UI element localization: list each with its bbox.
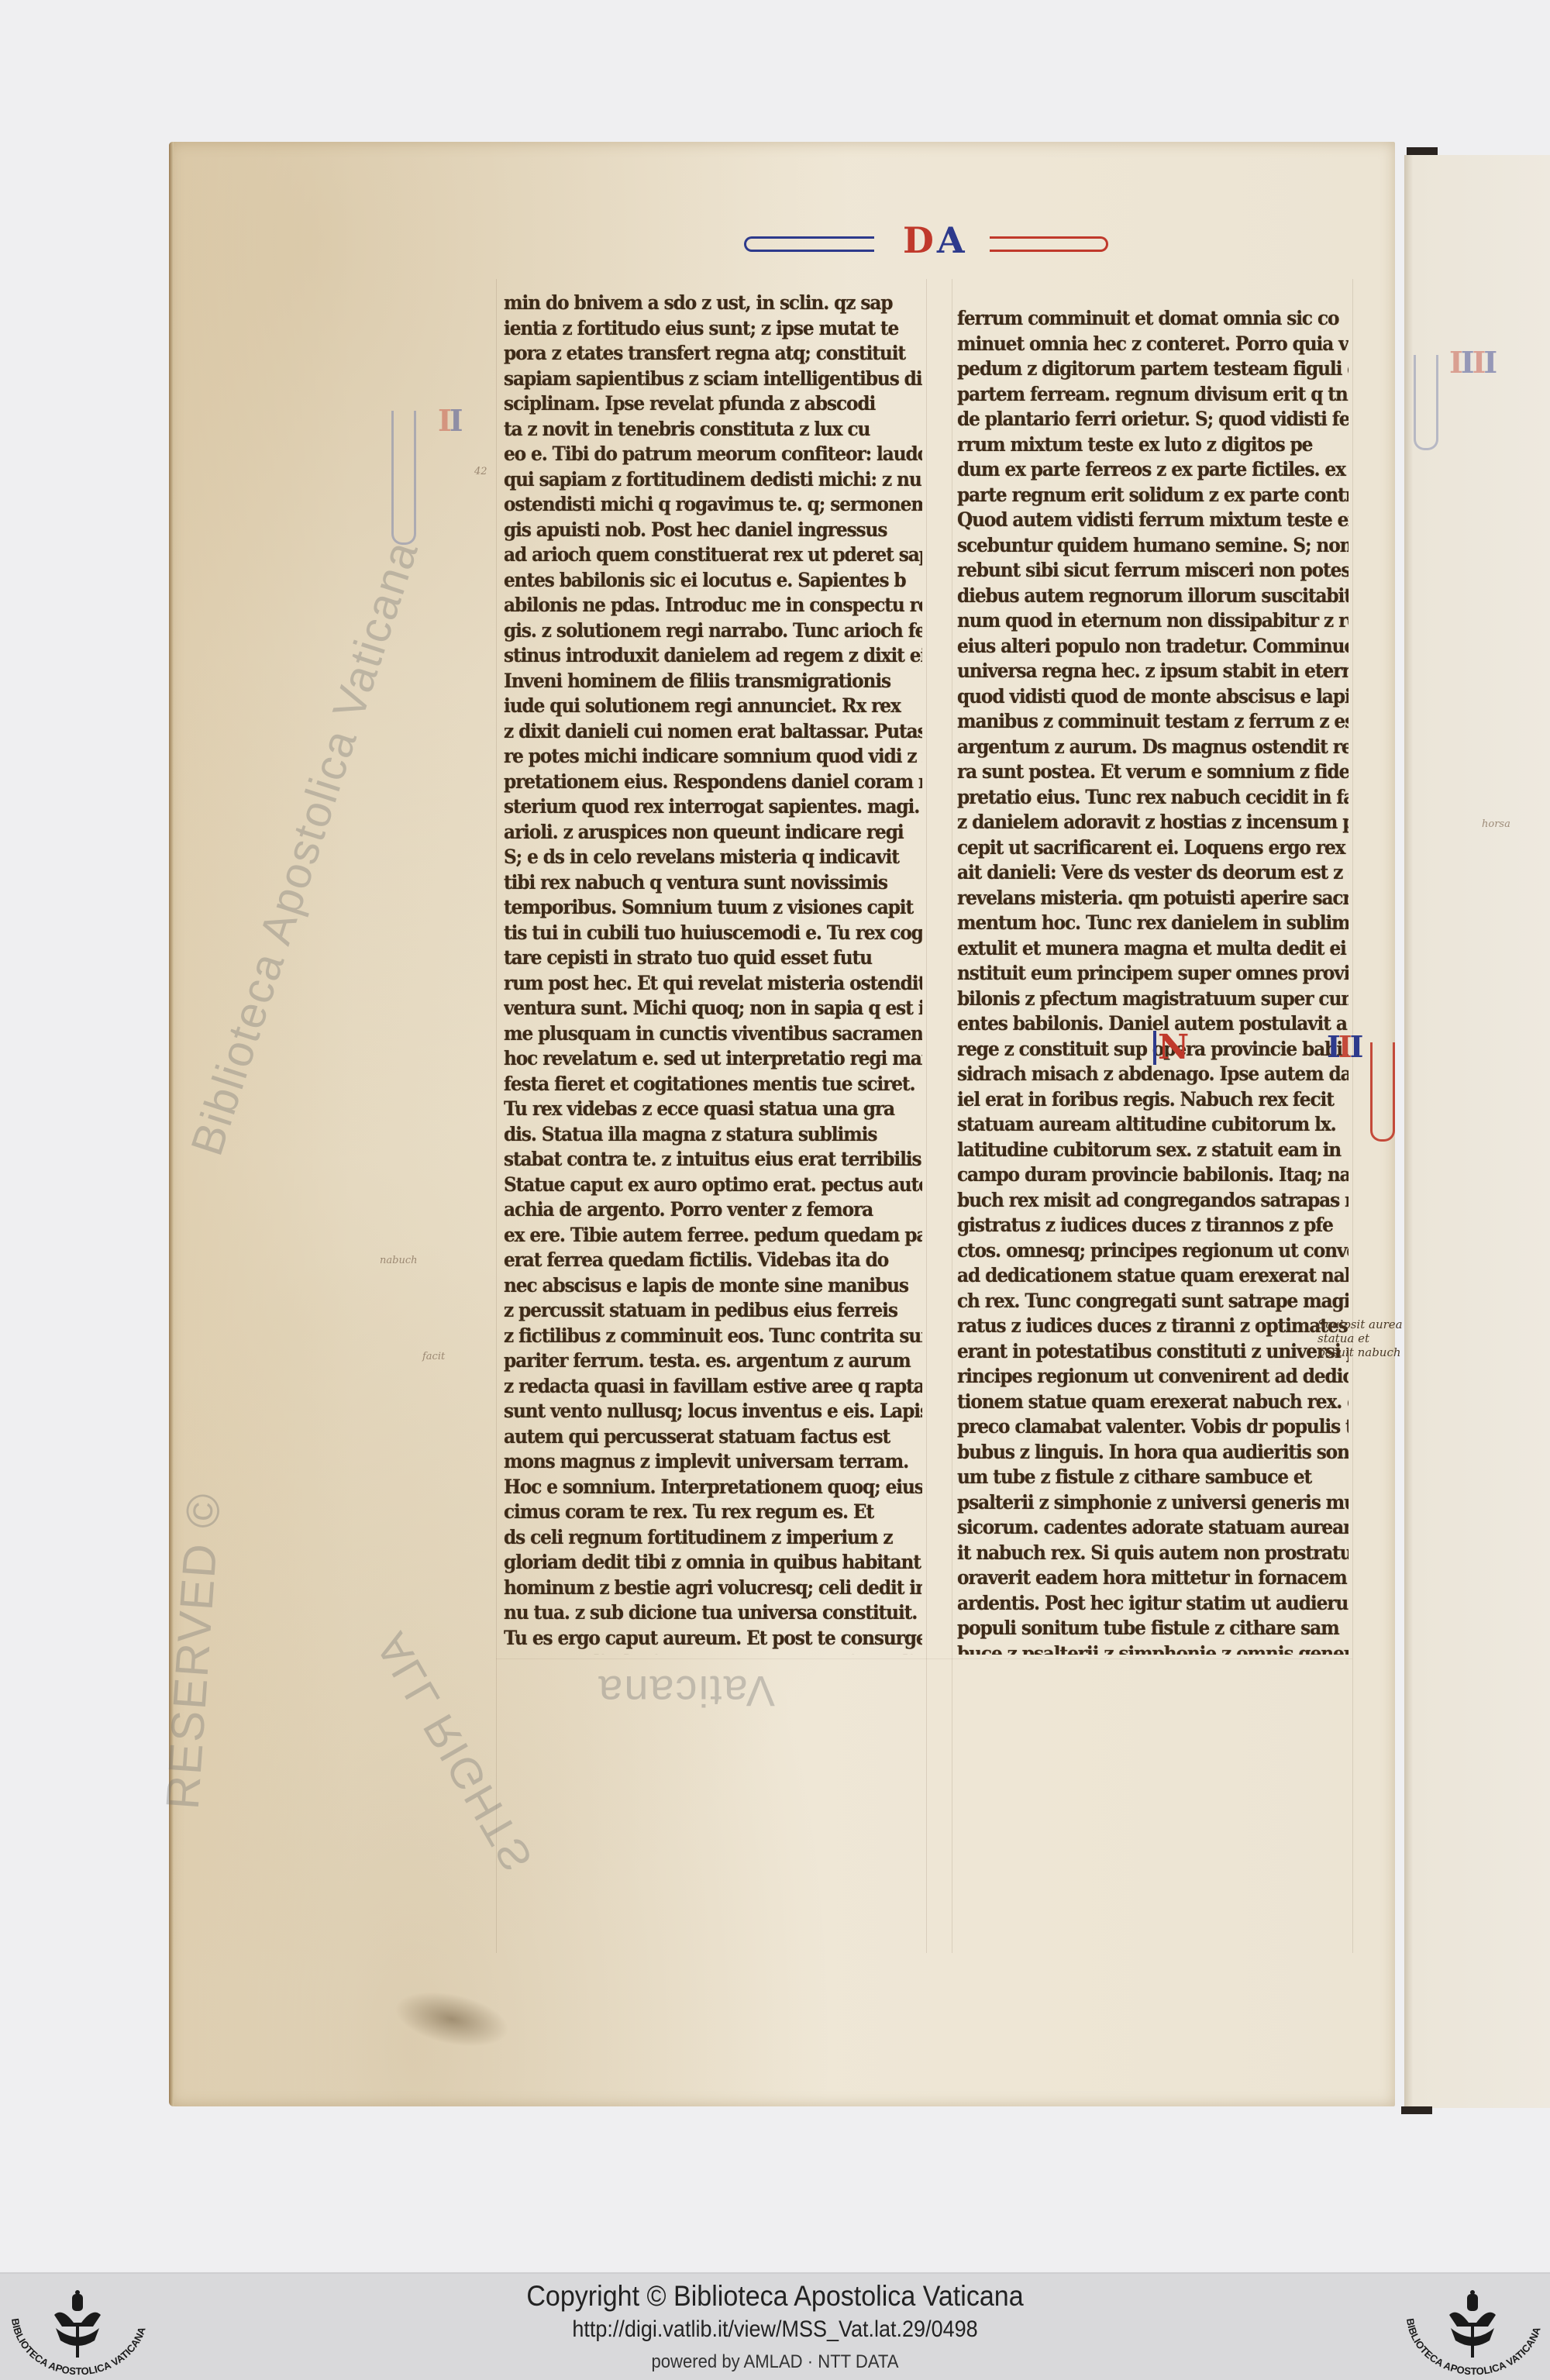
text-line: temporibus. Somnium tuum z visiones capi…: [504, 895, 893, 921]
permalink-url[interactable]: http://digi.vatlib.it/view/MSS_Vat.lat.2…: [77, 2316, 1472, 2343]
text-line: z redacta quasi in favillam estive aree …: [504, 1374, 893, 1400]
text-line: extulit et munera magna et multa dedit e…: [957, 936, 1321, 962]
powered-by-text: powered by AMLAD · NTT DATA: [62, 2351, 1488, 2373]
running-head-title: DA: [903, 219, 968, 261]
text-line: iel erat in foribus regis. Nabuch rex fe…: [957, 1087, 1321, 1113]
text-line: ch rex. Tunc congregati sunt satrape mag…: [957, 1289, 1321, 1314]
facing-leaf: IIII horsa: [1404, 155, 1550, 2108]
text-line: Quod autem vidisti ferrum mixtum teste e…: [957, 508, 1321, 533]
text-line: de plantario ferri orietur. S; quod vidi…: [957, 407, 1321, 432]
vatican-library-logo-right: BIBLIOTECA APOSTOLICA VATICANA: [1395, 2280, 1550, 2377]
text-line: ientia z fortitudo eius sunt; z ipse mut…: [504, 316, 893, 342]
text-line: eius alteri populo non tradetur. Comminu…: [957, 634, 1321, 660]
text-line: tare cepisti in strato tuo quid esset fu…: [504, 945, 893, 971]
text-line: me plusquam in cunctis viventibus sacram…: [504, 1021, 893, 1047]
text-line: dum ex parte ferreos z ex parte fictiles…: [957, 457, 1321, 483]
text-line: psalterii z simphonie z universi generis…: [957, 1490, 1321, 1516]
marginal-note-offset: horsa: [1482, 818, 1510, 832]
text-line: mons magnus z implevit universam terram.: [504, 1449, 893, 1475]
text-line: iude qui solutionem regi annunciet. Rx r…: [504, 694, 893, 719]
text-line: minuet omnia hec z conteret. Porro quia …: [957, 332, 1321, 357]
red-flourish-icon: [1370, 1042, 1395, 1142]
text-line: buce z psalterii z simphonie z omnis gen…: [957, 1641, 1321, 1655]
text-line: ds celi regnum fortitudinem z imperium z: [504, 1525, 893, 1551]
text-line: pora z etates transfert regna atq; const…: [504, 341, 893, 367]
text-line: sapiam sapientibus z sciam intelligentib…: [504, 367, 893, 392]
text-line: ta z novit in tenebris constituta z lux …: [504, 417, 893, 443]
text-line: Tu es ergo caput aureum. Et post te cons…: [504, 1626, 893, 1652]
text-line: rebunt sibi sicut ferrum misceri non pot…: [957, 558, 1321, 584]
text-line: hoc revelatum e. sed ut interpretatio re…: [504, 1046, 893, 1072]
text-line: pretatio eius. Tunc rex nabuch cecidit i…: [957, 785, 1321, 811]
text-line: latitudine cubitorum sex. z statuit eam …: [957, 1138, 1321, 1163]
text-line: scebuntur quidem humano semine. S; non a…: [957, 533, 1321, 559]
text-line: regnum aliud minus te z regnum tertium a…: [504, 1651, 893, 1655]
text-line: arioli. z aruspices non queunt indicare …: [504, 820, 893, 846]
text-line: ra sunt postea. Et verum e somnium z fid…: [957, 759, 1321, 785]
ruling-line: [1352, 279, 1353, 1953]
text-line: rege z constituit sup opera provincie ba…: [957, 1037, 1321, 1063]
text-line: tionem statue quam erexerat nabuch rex. …: [957, 1390, 1321, 1415]
text-line: ratus z iudices duces z tiranni z optima…: [957, 1314, 1321, 1339]
text-line: universa regna hec. z ipsum stabit in et…: [957, 659, 1321, 684]
text-line: ferrum comminuit et domat omnia sic co: [957, 306, 1321, 332]
binding-tab-bottom: [1401, 2106, 1432, 2114]
papal-keys-icon: BIBLIOTECA APOSTOLICA VATICANA: [0, 2280, 155, 2377]
text-line: pretationem eius. Respondens daniel cora…: [504, 770, 893, 795]
text-line: rum post hec. Et qui revelat misteria os…: [504, 971, 893, 997]
text-line: gistratus z iudices duces z tirannos z p…: [957, 1213, 1321, 1238]
offset-flourish-icon: [1414, 355, 1438, 450]
decorated-initial: N: [1153, 1031, 1189, 1065]
text-line: parte regnum erit solidum z ex parte con…: [957, 483, 1321, 508]
ruling-line: [926, 279, 927, 1953]
text-line: ad dedicationem statue quam erexerat nab…: [957, 1263, 1321, 1289]
text-line: Statue caput ex auro optimo erat. pectus…: [504, 1173, 893, 1198]
text-line: nstituit eum principem super omnes provi…: [957, 961, 1321, 987]
text-line: z dixit danieli cui nomen erat baltassar…: [504, 719, 893, 745]
text-line: nec abscisus e lapis de monte sine manib…: [504, 1273, 893, 1299]
text-line: sidrach misach z abdenago. Ipse autem da…: [957, 1062, 1321, 1087]
text-line: ostendisti michi q rogavimus te. q; serm…: [504, 492, 893, 518]
running-head: DA: [744, 219, 1124, 266]
text-line: oraverit eadem hora mittetur in fornacem…: [957, 1565, 1321, 1591]
binding-tab-top: [1407, 147, 1438, 155]
text-line: festa fieret et cogitationes mentis tue …: [504, 1072, 893, 1097]
text-line: Inveni hominem de filiis transmigrationi…: [504, 669, 893, 694]
text-line: z percussit statuam in pedibus eius ferr…: [504, 1298, 893, 1324]
copyright-text: Copyright © Biblioteca Apostolica Vatica…: [62, 2280, 1488, 2313]
text-line: gis apuisti nob. Post hec daniel ingress…: [504, 518, 893, 543]
text-line: stabat contra te. z intuitus eius erat t…: [504, 1147, 893, 1173]
ruling-line: [952, 279, 952, 1953]
text-line: campo duram provincie babilonis. Itaq; n…: [957, 1162, 1321, 1188]
text-line: ad arioch quem constituerat rex ut pdere…: [504, 542, 893, 568]
text-line: sterium quod rex interrogat sapientes. m…: [504, 794, 893, 820]
blue-flourish-icon: [744, 236, 874, 252]
text-line: qui sapiam z fortitudinem dedisti michi:…: [504, 467, 893, 493]
text-line: preco clamabat valenter. Vobis dr populi…: [957, 1414, 1321, 1440]
text-line: nu tua. z sub dicione tua universa const…: [504, 1600, 893, 1626]
text-line: autem qui percusserat statuam factus est: [504, 1424, 893, 1450]
text-line: partem ferream. regnum divisum erit q tn: [957, 382, 1321, 408]
chapter-marker-ii: II: [438, 403, 461, 438]
text-column-right: ferrum comminuit et domat omnia sic comi…: [957, 306, 1348, 1655]
viewer-footer: Copyright © Biblioteca Apostolica Vatica…: [0, 2272, 1550, 2380]
text-line: S; e ds in celo revelans misteria q indi…: [504, 845, 893, 870]
text-line: diebus autem regnorum illorum suscitabit…: [957, 584, 1321, 609]
text-line: min do bnivem a sdo z ust, in sclin. qz …: [504, 291, 893, 316]
text-line: ventura sunt. Michi quoq; non in sapia q…: [504, 996, 893, 1021]
text-line: entes babilonis sic ei locutus e. Sapien…: [504, 568, 893, 594]
text-line: ait danieli: Vere ds vester ds deorum es…: [957, 860, 1321, 886]
text-line: abilonis ne pdas. Introduc me in conspec…: [504, 593, 893, 618]
text-line: sunt vento nullusq; locus inventus e eis…: [504, 1399, 893, 1424]
text-line: argentum z aurum. Ds magnus ostendit reg…: [957, 735, 1321, 760]
parchment-stain: [390, 1982, 514, 2056]
text-line: revelans misteria. qm potuisti aperire s…: [957, 886, 1321, 911]
folio-edge: [169, 142, 174, 2106]
text-line: tibi rex nabuch q ventura sunt novissimi…: [504, 870, 893, 896]
text-line: num quod in eternum non dissipabitur z r…: [957, 608, 1321, 634]
text-line: rincipes regionum ut convenirent ad dedi…: [957, 1364, 1321, 1390]
chapter-marker-iiii: IIII: [1449, 345, 1495, 380]
text-line: z danielem adoravit z hostias z incensum…: [957, 810, 1321, 835]
text-line: ardentis. Post hec igitur statim ut audi…: [957, 1591, 1321, 1617]
text-line: sicorum. cadentes adorate statuam auream…: [957, 1515, 1321, 1541]
text-line: ctos. omnesq; principes regionum ut conv…: [957, 1238, 1321, 1264]
text-line: bubus z linguis. In hora qua audieritis …: [957, 1440, 1321, 1466]
text-line: entes babilonis. Daniel autem postulavit…: [957, 1011, 1321, 1037]
text-line: um tube z fistule z cithare sambuce et: [957, 1465, 1321, 1490]
text-line: erant in potestatibus constituti z unive…: [957, 1339, 1321, 1365]
chapter-marker-iii: III: [1327, 1029, 1361, 1064]
text-line: cepit ut sacrificarent ei. Loquens ergo …: [957, 835, 1321, 861]
text-line: buch rex misit ad congregandos satrapas …: [957, 1188, 1321, 1214]
text-line: dis. Statua illa magna z statura sublimi…: [504, 1122, 893, 1148]
offset-flourish-icon: [391, 411, 416, 545]
text-line: hominum z bestie agri volucresq; celi de…: [504, 1576, 893, 1601]
text-line: ex ere. Tibie autem ferree. pedum quedam…: [504, 1223, 893, 1249]
text-line: erat ferrea quedam fictilis. Videbas ita…: [504, 1248, 893, 1273]
text-line: eo e. Tibi do patrum meorum confiteor: l…: [504, 442, 893, 467]
text-line: stinus introduxit danielem ad regem z di…: [504, 643, 893, 669]
text-column-left: min do bnivem a sdo z ust, in sclin. qz …: [504, 291, 922, 1655]
text-line: tis tui in cubili tuo huiuscemodi e. Tu …: [504, 921, 893, 946]
marginal-note-facit: facit: [422, 1350, 445, 1364]
vatican-library-logo-left: BIBLIOTECA APOSTOLICA VATICANA: [0, 2280, 155, 2377]
text-line: mentum hoc. Tunc rex danielem in sublime: [957, 911, 1321, 936]
text-line: bilonis z pfectum magistratuum super cun…: [957, 987, 1321, 1012]
text-line: statuam auream altitudine cubitorum lx.: [957, 1112, 1321, 1138]
text-line: sciplinam. Ipse revelat pfunda z abscodi: [504, 391, 893, 417]
text-line: pariter ferrum. testa. es. argentum z au…: [504, 1348, 893, 1374]
marginal-note-nabuch: nabuch: [380, 1254, 417, 1268]
text-line: quod vidisti quod de monte abscisus e la…: [957, 684, 1321, 710]
ruling-line: [496, 1658, 1352, 1659]
text-line: Hoc e somnium. Interpretationem quoq; ei…: [504, 1475, 893, 1500]
text-line: achia de argento. Porro venter z femora: [504, 1197, 893, 1223]
text-line: re potes michi indicare somnium quod vid…: [504, 744, 893, 770]
text-line: it nabuch rex. Si quis autem non prostra…: [957, 1541, 1321, 1566]
text-line: rrum mixtum teste ex luto z digitos pe: [957, 432, 1321, 458]
text-line: gis. z solutionem regi narrabo. Tunc ari…: [504, 618, 893, 644]
watermark-text-bottom: Vaticana: [597, 1666, 775, 1717]
ruling-line: [496, 279, 497, 1953]
text-line: cimus coram te rex. Tu rex regum es. Et: [504, 1500, 893, 1525]
text-line: Tu rex videbas z ecce quasi statua una g…: [504, 1097, 893, 1122]
text-line: gloriam dedit tibi z omnia in quibus hab…: [504, 1550, 893, 1576]
papal-keys-icon: BIBLIOTECA APOSTOLICA VATICANA: [1395, 2280, 1550, 2377]
text-line: populi sonitum tube fistule z cithare sa…: [957, 1616, 1321, 1641]
red-flourish-icon: [990, 236, 1108, 252]
marginal-note-number: 42: [474, 465, 487, 479]
text-line: z fictilibus z comminuit eos. Tunc contr…: [504, 1324, 893, 1349]
text-line: pedum z digitorum partem testeam figuli …: [957, 356, 1321, 382]
marginal-note-sculpsit: Sculpsit aurea statua et posuit nabuch: [1317, 1317, 1403, 1359]
text-line: manibus z comminuit testam z ferrum z es: [957, 709, 1321, 735]
